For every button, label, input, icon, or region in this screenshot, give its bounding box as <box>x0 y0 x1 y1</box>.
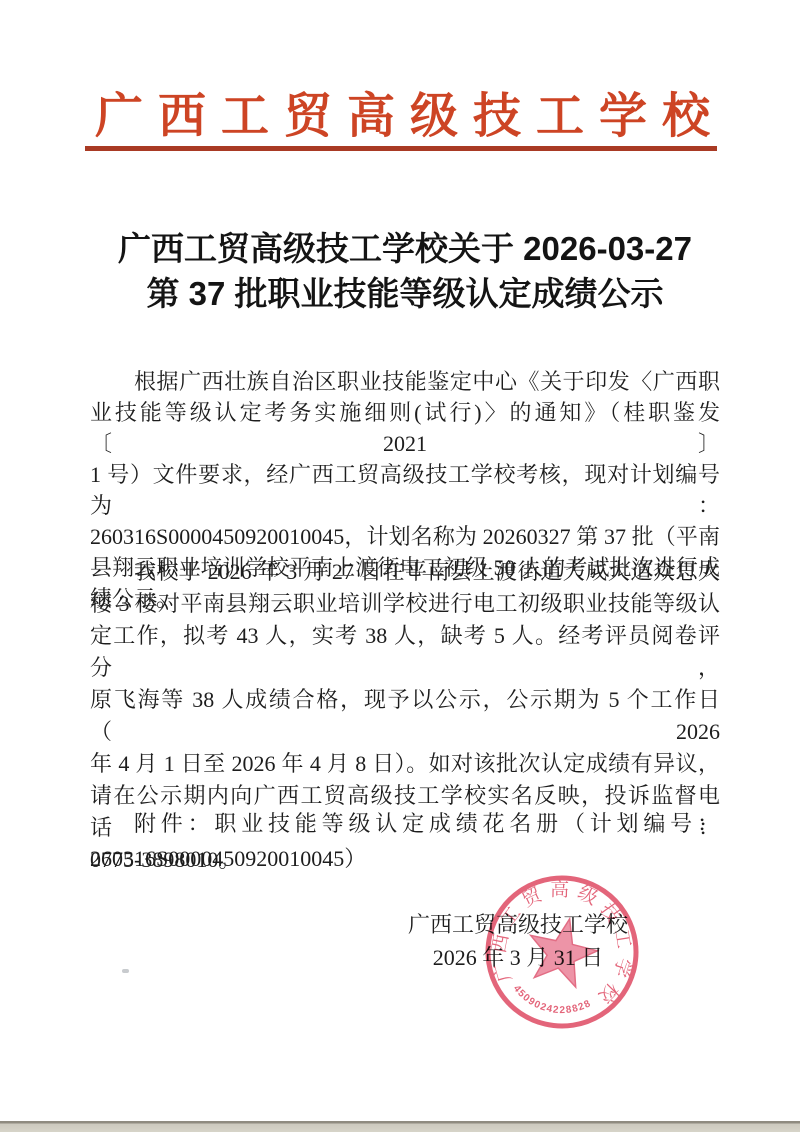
school-masthead-title: 广西工贸高级技工学校 <box>95 88 735 146</box>
body-line: 根据广西壮族自治区职业技能鉴定中心《关于印发〈广西职 <box>90 366 720 397</box>
document-title: 广西工贸高级技工学校关于 2026-03-27 第 37 批职业技能等级认定成绩… <box>85 226 725 316</box>
masthead-rule <box>85 146 717 151</box>
attachment-line: 260316S0000450920010045） <box>90 841 720 876</box>
svg-text:4509024228828: 4509024228828 <box>507 981 595 1025</box>
attachment-note: 附件：职业技能等级认定成绩花名册（计划编号： 260316S0000450920… <box>90 806 720 876</box>
body-line: 我校于 2026 年 3 月 27 日在平南县上渡街道大成大道众思大 <box>90 556 720 588</box>
body-line: 年 4 月 1 日至 2026 年 4 月 8 日）。如对该批次认定成绩有异议， <box>90 748 720 780</box>
body-line: 260316S0000450920010045，计划名称为 20260327 第… <box>90 521 720 552</box>
body-line: 定工作，拟考 43 人，实考 38 人，缺考 5 人。经考评员阅卷评分， <box>90 620 720 684</box>
seal-star-icon <box>522 911 603 990</box>
official-seal: 广西工贸高级技工学校 4509024228828 <box>460 850 664 1054</box>
body-line: 原飞海等 38 人成绩合格，现予以公示，公示期为 5 个工作日（2026 <box>90 684 720 748</box>
body-line: 1 号）文件要求，经广西工贸高级技工学校考核，现对计划编号为： <box>90 459 720 521</box>
scanned-notice-page: 广西工贸高级技工学校 广西工贸高级技工学校关于 2026-03-27 第 37 … <box>0 0 800 1132</box>
scan-speck <box>122 969 129 973</box>
document-title-line2: 第 37 批职业技能等级认定成绩公示 <box>85 271 725 316</box>
attachment-line: 附件：职业技能等级认定成绩花名册（计划编号： <box>90 806 720 841</box>
seal-serial-number: 4509024228828 <box>507 981 595 1025</box>
page-scan-edge <box>0 1121 800 1132</box>
body-line: 业技能等级认定考务实施细则(试行)〉的通知》（桂职鉴发〔2021〕 <box>90 397 720 459</box>
body-line: 楼 3 楼对平南县翔云职业培训学校进行电工初级职业技能等级认 <box>90 588 720 620</box>
document-title-line1: 广西工贸高级技工学校关于 2026-03-27 <box>85 226 725 271</box>
